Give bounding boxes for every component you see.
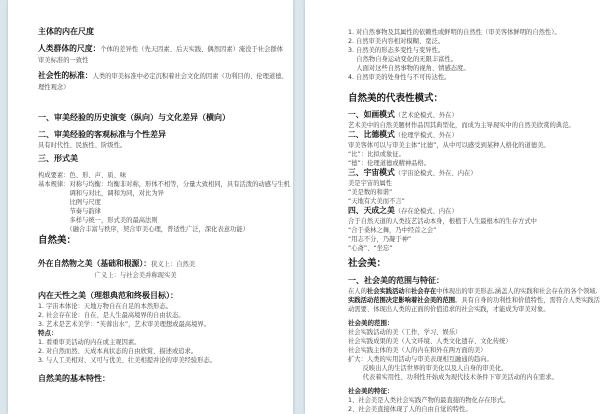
spacer [38, 92, 283, 112]
body-line: 审美标准的一致性 [38, 56, 283, 65]
body-line: 审美客体可以与审美主体“比德”，从中可以感受到某种人格化的道德美。 [348, 141, 602, 150]
body-line: “用志不分，乃凝于神” [348, 235, 602, 244]
document-page-left: 主体的内在尺度人类群体的尺度：个体的差异性（先天因素、后天实践、偶然因素）淹没于… [8, 0, 293, 414]
body-line: 基本规律：对称与均衡：均衡非对称，形体不相等，分量大致相同，具有活泼的动感与生机 [38, 180, 283, 189]
section-heading: 一、社会美的范围与特征： [348, 275, 602, 287]
labeled-line: 外在自然物之美（基础和根源）：狭义上：自然美 [38, 257, 283, 271]
emphasis-text: 实践活动范围决定影响着社会美的范围 [348, 297, 455, 304]
plain-text: 在人的 [348, 288, 367, 295]
section-heading: 二、审美经验的客观标准与个性差异 [38, 129, 283, 141]
body-line: 社会实践活动的美（工作、学习、娱乐） [348, 328, 602, 337]
body-line: 3. 与人工美相对、又可与优美、壮美相提并论的审美经验形态。 [38, 356, 283, 365]
body-line: 人面对这些自然事物的视角、情感态度。 [348, 64, 602, 73]
section-heading: 三、形式美 [38, 153, 283, 165]
plain-text: 动需要、体现出人类的正面的价值追求的社会实践，才能成为审美对象。 [348, 306, 550, 313]
emphasis-text: 人类群体的尺度： [38, 44, 100, 53]
plain-text: （存在论模式、内在） [395, 208, 458, 215]
body-line: 2. 对自然而然、天成本真状态的自由欣赏、描述或追求。 [38, 347, 283, 356]
emphasis-text: 一、如画模式 [348, 110, 395, 119]
emphasis-text: 四、天成之美 [348, 206, 395, 215]
body-line: “比”：比拟或象征。 [348, 150, 602, 159]
body-line: 代表着实用性、功利性开始成为现代技术条件下审美活动的内在需求。 [348, 373, 602, 382]
emphasis-text: 社会实践活动 [367, 288, 405, 295]
mode-heading: 二、比德模式（伦理学模式、外在） [348, 130, 602, 141]
plain-text: （艺术论模式、外在） [395, 112, 458, 119]
body-line: 反映出人的生活世界的审美化以及人自身的审美化。 [348, 364, 602, 373]
section-heading: 主体的内在尺度 [38, 26, 283, 38]
labeled-line: 社会性的标准：人类的审美标准中必定沉积着社会文化的因素（功利目的、伦理道德、 [38, 69, 283, 83]
body-line: 美是宇宙的属性 [348, 179, 602, 188]
body-line: 合于自然天道的人类技艺活动本身，根植于人生最根本的生存方式中 [348, 217, 602, 226]
body-line: 1. 宇宙本体论：天地万物自在自足的本然形态。 [38, 302, 283, 311]
chapter-title: 自然美的代表性模式： [348, 92, 602, 105]
body-line: 多样与统一，形式美的最高法则 [38, 216, 283, 225]
spacer [38, 280, 283, 290]
body-line: 1、社会美是人类社会实践产物的最直接的物化存在形式。 [348, 396, 602, 405]
emphasis-text: 外在自然物之美（基础和根源）： [38, 259, 151, 268]
body-line: 自然物自身运动变化的无限丰富性。 [348, 55, 602, 64]
body-line: 1. 对自然事物及其属性的依赖性或鲜明的自然性（审美客体鲜明的自然性）。 [348, 28, 602, 37]
plain-text: 人类的审美标准中必定沉积着社会文化的因素（功利目的、伦理道德、 [93, 73, 288, 80]
body-line: 1. 看重审美活动的内在或主观因素。 [38, 338, 283, 347]
body-line: 扩大：人类的实用活动与审美表现相互融通的趋向。 [348, 355, 602, 364]
body-line: 广义上：与社会美并称现实美 [38, 271, 283, 280]
body-line: “美是数的和谐” [348, 188, 602, 197]
body-line: “合于桑林之舞，乃中经首之会” [348, 226, 602, 235]
chapter-title: 社会美： [348, 257, 602, 270]
mode-heading: 四、天成之美（存在论模式、内在） [348, 206, 602, 217]
sub-heading: 社会美的特征： [348, 387, 602, 396]
paragraph-line: 在人的社会实践活动和社会存在中体现出的审美形态,涵盖人的实践和社会存在的各个领域… [348, 287, 602, 296]
plain-text: 中体现出的审美形态,涵盖人的实践和社会存在的各个领域. [436, 288, 597, 295]
paragraph-line: 实践活动范围决定影响着社会美的范围。具有自身的功利性和价值特性，需符合人类实践活 [348, 296, 602, 305]
body-line: “德”：伦理道德或精神品格。 [348, 159, 602, 168]
emphasis-text: 社会存在 [411, 288, 436, 295]
mode-heading: 一、如画模式（艺术论模式、外在） [348, 110, 602, 121]
body-line: “天地有大美而不言” [348, 197, 602, 206]
chapter-title: 自然美： [38, 234, 283, 247]
plain-text: 狭义上：自然美 [151, 261, 195, 268]
body-line: 3. 艺术是艺术美学：“芙蓉出水”，艺术审美理想或最高境界。 [38, 320, 283, 329]
body-line: 构成要素：色、形、声、质、味 [38, 171, 283, 180]
spacer [38, 365, 283, 373]
body-line: 3. 自然美的形态多变性与变异性。 [348, 46, 602, 55]
body-line: 艺术美中的自然美题材作品因其典型化，而成为主导现实中的自然美欣赏的典范。 [348, 121, 602, 130]
body-line: 2. 自然审美内容相对模糊、宽泛。 [348, 37, 602, 46]
spacer [38, 247, 283, 257]
body-line: 2. 社会存在论：自在、是人生最高境界的自由状态。 [38, 311, 283, 320]
body-line: 节奏与韵律 [38, 207, 283, 216]
plain-text: 。具有自身的功利性和价值特性，需符合人类实践活 [455, 297, 600, 304]
body-line: 具有时代性、民族性、阶级性。 [38, 141, 283, 150]
plain-text: （伦理学模式、外在） [395, 132, 458, 139]
body-line: 2、社会美直接体现了人的自由自觉的特性。 [348, 405, 602, 414]
sub-heading: 特点： [38, 329, 283, 338]
section-heading: 一、审美经验的历史演变（纵向）与文化差异（横向） [38, 112, 283, 124]
body-line: 4. 自然审美的处身性与不可传达性。 [348, 73, 602, 82]
document-page-right: 1. 对自然事物及其属性的依赖性或鲜明的自然性（审美客体鲜明的自然性）。2. 自… [305, 0, 606, 414]
body-line: （融合丰富与秩序，契合审美心理，普适性广泛，深化表意功能） [38, 225, 283, 234]
body-line: 社会实践成果的美（人文环境、人类文化遗存、文化传统） [348, 337, 602, 346]
body-line: 社会实践主体的美（人的内在和外在两方面的美） [348, 346, 602, 355]
section-heading: 自然美的基本特性： [38, 373, 283, 385]
emphasis-text: 二、比德模式 [348, 130, 395, 139]
body-line: 调和与对比，调和为同，对比为异 [38, 189, 283, 198]
emphasis-text: 社会性的标准： [38, 71, 93, 80]
body-line: “心斋”、“坐忘” [348, 244, 602, 253]
mode-heading: 三、宇宙模式（宇宙论模式、外在、内在） [348, 168, 602, 179]
plain-text: 个体的差异性（先天因素、后天实践、偶然因素）淹没于社会群体 [100, 46, 283, 53]
body-line: 理性观念） [38, 83, 283, 92]
section-heading: 内在天性之美（理想典范和终极目标）： [38, 290, 283, 302]
sub-heading: 社会美的范围： [348, 319, 602, 328]
emphasis-text: 三、宇宙模式 [348, 168, 395, 177]
plain-text: （宇宙论模式、外在、内在） [395, 170, 477, 177]
document-viewport[interactable]: 主体的内在尺度人类群体的尺度：个体的差异性（先天因素、后天实践、偶然因素）淹没于… [0, 0, 606, 414]
body-line: 比例与尺度 [38, 198, 283, 207]
paragraph-line: 动需要、体现出人类的正面的价值追求的社会实践，才能成为审美对象。 [348, 305, 602, 314]
spacer [348, 82, 602, 92]
labeled-line: 人类群体的尺度：个体的差异性（先天因素、后天实践、偶然因素）淹没于社会群体 [38, 42, 283, 56]
